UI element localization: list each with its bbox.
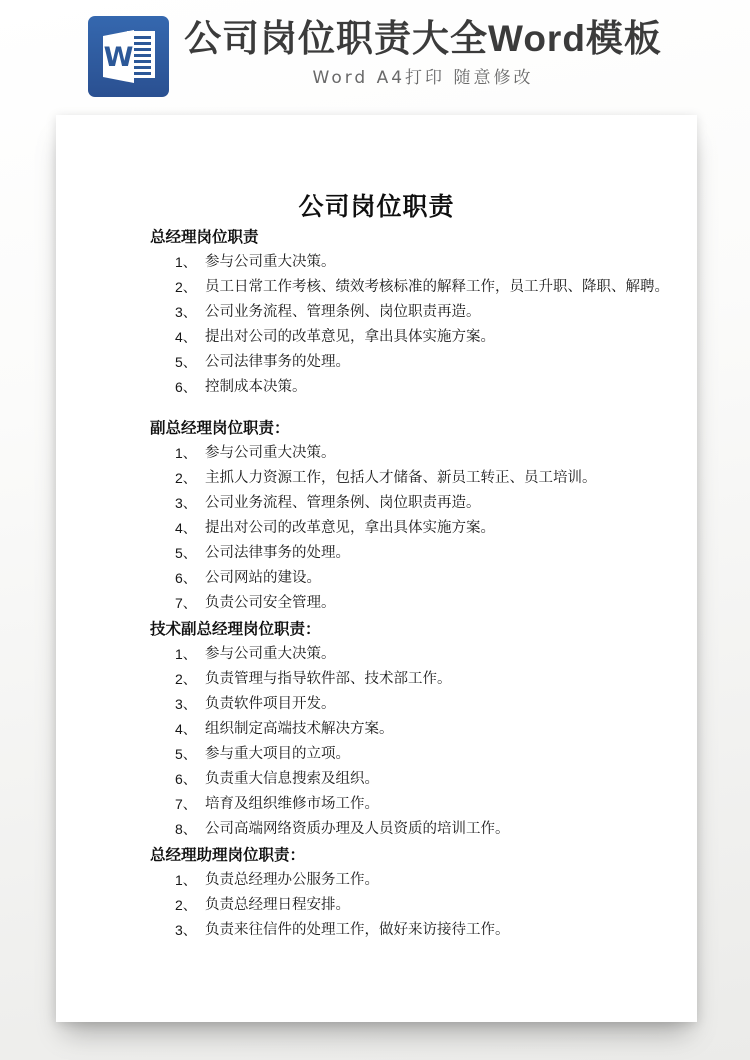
document-section: 总经理岗位职责 1、 参与公司重大决策。 2、 员工日常工作考核、绩效考核标准的…	[56, 227, 697, 397]
item-text: 负责公司安全管理。	[205, 594, 336, 613]
item-text: 公司高端网络资质办理及人员资质的培训工作。	[205, 820, 510, 839]
item-number: 1、	[175, 444, 205, 463]
item-number: 6、	[175, 378, 205, 397]
word-logo-icon: W	[88, 16, 169, 97]
item-text: 参与公司重大决策。	[205, 645, 336, 664]
item-number: 4、	[175, 519, 205, 538]
section-heading: 总经理岗位职责	[150, 227, 697, 248]
template-title: 公司岗位职责大全Word模板	[184, 16, 662, 62]
item-text: 负责总经理办公服务工作。	[205, 871, 379, 890]
header-text-block: 公司岗位职责大全Word模板 Word A4打印 随意修改	[184, 16, 662, 89]
item-number: 4、	[175, 720, 205, 739]
list-item: 4、 提出对公司的改革意见，拿出具体实施方案。	[175, 519, 677, 538]
item-number: 2、	[175, 278, 205, 297]
item-number: 6、	[175, 770, 205, 789]
item-number: 2、	[175, 670, 205, 689]
item-number: 4、	[175, 328, 205, 347]
list-item: 4、 组织制定高端技术解决方案。	[175, 720, 677, 739]
list-item: 7、 负责公司安全管理。	[175, 594, 677, 613]
section-heading: 副总经理岗位职责：	[150, 418, 697, 439]
item-text: 提出对公司的改革意见，拿出具体实施方案。	[205, 519, 495, 538]
item-number: 8、	[175, 820, 205, 839]
section-items: 1、 参与公司重大决策。 2、 负责管理与指导软件部、技术部工作。 3、 负责软…	[56, 645, 697, 839]
document-section: 副总经理岗位职责： 1、 参与公司重大决策。 2、 主抓人力资源工作，包括人才储…	[56, 418, 697, 613]
item-text: 公司业务流程、管理条例、岗位职责再造。	[205, 303, 481, 322]
list-item: 3、 公司业务流程、管理条例、岗位职责再造。	[175, 303, 677, 322]
item-number: 3、	[175, 921, 205, 940]
item-number: 1、	[175, 253, 205, 272]
item-text: 公司法律事务的处理。	[205, 544, 350, 563]
item-number: 3、	[175, 494, 205, 513]
item-text: 提出对公司的改革意见，拿出具体实施方案。	[205, 328, 495, 347]
item-text: 负责来往信件的处理工作，做好来访接待工作。	[205, 921, 510, 940]
list-item: 2、 负责总经理日程安排。	[175, 896, 677, 915]
list-item: 5、 公司法律事务的处理。	[175, 544, 677, 563]
item-text: 员工日常工作考核、绩效考核标准的解释工作，员工升职、降职、解聘。	[205, 278, 669, 297]
list-item: 1、 参与公司重大决策。	[175, 253, 677, 272]
item-number: 1、	[175, 871, 205, 890]
item-text: 主抓人力资源工作，包括人才储备、新员工转正、员工培训。	[205, 469, 597, 488]
item-text: 负责软件项目开发。	[205, 695, 336, 714]
svg-text:W: W	[104, 42, 134, 73]
item-text: 公司网站的建设。	[205, 569, 321, 588]
section-items: 1、 负责总经理办公服务工作。 2、 负责总经理日程安排。 3、 负责来往信件的…	[56, 871, 697, 940]
list-item: 1、 负责总经理办公服务工作。	[175, 871, 677, 890]
list-item: 1、 参与公司重大决策。	[175, 645, 677, 664]
list-item: 2、 主抓人力资源工作，包括人才储备、新员工转正、员工培训。	[175, 469, 677, 488]
list-item: 6、 控制成本决策。	[175, 378, 677, 397]
item-number: 7、	[175, 795, 205, 814]
section-heading: 技术副总经理岗位职责：	[150, 619, 697, 640]
document-page: 公司岗位职责 总经理岗位职责 1、 参与公司重大决策。 2、 员工日常工作考核、…	[56, 115, 697, 1022]
item-number: 2、	[175, 896, 205, 915]
list-item: 5、 公司法律事务的处理。	[175, 353, 677, 372]
list-item: 3、 公司业务流程、管理条例、岗位职责再造。	[175, 494, 677, 513]
list-item: 1、 参与公司重大决策。	[175, 444, 677, 463]
item-text: 参与公司重大决策。	[205, 253, 336, 272]
document-body: 总经理岗位职责 1、 参与公司重大决策。 2、 员工日常工作考核、绩效考核标准的…	[56, 227, 697, 940]
list-item: 2、 员工日常工作考核、绩效考核标准的解释工作，员工升职、降职、解聘。	[175, 278, 677, 297]
item-number: 5、	[175, 353, 205, 372]
item-number: 3、	[175, 695, 205, 714]
section-items: 1、 参与公司重大决策。 2、 员工日常工作考核、绩效考核标准的解释工作，员工升…	[56, 253, 697, 397]
list-item: 6、 公司网站的建设。	[175, 569, 677, 588]
item-text: 公司业务流程、管理条例、岗位职责再造。	[205, 494, 481, 513]
item-number: 5、	[175, 745, 205, 764]
list-item: 4、 提出对公司的改革意见，拿出具体实施方案。	[175, 328, 677, 347]
section-items: 1、 参与公司重大决策。 2、 主抓人力资源工作，包括人才储备、新员工转正、员工…	[56, 444, 697, 613]
document-section: 总经理助理岗位职责： 1、 负责总经理办公服务工作。 2、 负责总经理日程安排。…	[56, 845, 697, 940]
item-text: 组织制定高端技术解决方案。	[205, 720, 394, 739]
item-number: 1、	[175, 645, 205, 664]
item-number: 7、	[175, 594, 205, 613]
item-number: 2、	[175, 469, 205, 488]
item-number: 3、	[175, 303, 205, 322]
list-item: 3、 负责软件项目开发。	[175, 695, 677, 714]
list-item: 3、 负责来往信件的处理工作，做好来访接待工作。	[175, 921, 677, 940]
template-header: W 公司岗位职责大全Word模板 Word A4打印 随意修改	[0, 16, 750, 97]
document-section: 技术副总经理岗位职责： 1、 参与公司重大决策。 2、 负责管理与指导软件部、技…	[56, 619, 697, 839]
list-item: 6、 负责重大信息搜索及组织。	[175, 770, 677, 789]
item-text: 参与重大项目的立项。	[205, 745, 350, 764]
item-text: 公司法律事务的处理。	[205, 353, 350, 372]
list-item: 5、 参与重大项目的立项。	[175, 745, 677, 764]
list-item: 8、 公司高端网络资质办理及人员资质的培训工作。	[175, 820, 677, 839]
template-subtitle: Word A4打印 随意修改	[313, 67, 534, 89]
item-text: 参与公司重大决策。	[205, 444, 336, 463]
item-text: 负责总经理日程安排。	[205, 896, 350, 915]
item-number: 6、	[175, 569, 205, 588]
item-text: 培育及组织维修市场工作。	[205, 795, 379, 814]
item-number: 5、	[175, 544, 205, 563]
list-item: 7、 培育及组织维修市场工作。	[175, 795, 677, 814]
item-text: 负责重大信息搜索及组织。	[205, 770, 379, 789]
item-text: 负责管理与指导软件部、技术部工作。	[205, 670, 452, 689]
item-text: 控制成本决策。	[205, 378, 307, 397]
document-title: 公司岗位职责	[56, 193, 697, 223]
list-item: 2、 负责管理与指导软件部、技术部工作。	[175, 670, 677, 689]
section-heading: 总经理助理岗位职责：	[150, 845, 697, 866]
